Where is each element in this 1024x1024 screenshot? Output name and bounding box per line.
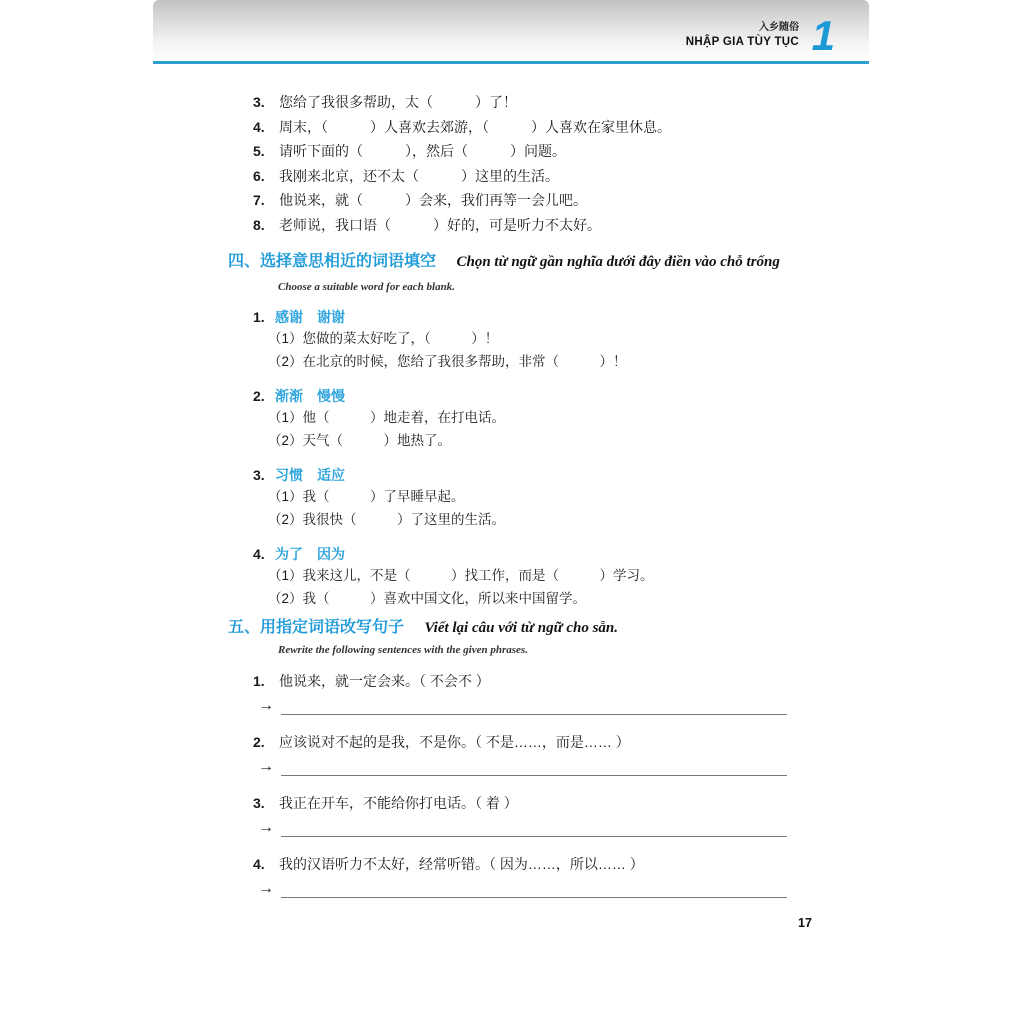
sub-sentence: （2）我（ ）喜欢中国文化，所以来中国留学。 [268, 587, 829, 610]
arrow-icon: → [258, 697, 274, 714]
item-text: 我刚来北京，还不太（ ）这里的生活。 [279, 164, 559, 189]
lesson-title-vietnamese: NHẬP GIA TÙY TỤC [686, 35, 799, 49]
rewrite-item: 1. 他说来，就一定会来。（ 不会不 ） → [253, 673, 829, 718]
arrow-icon: → [258, 758, 274, 775]
rewrite-item: 4. 我的汉语听力不太好，经常听错。（ 因为……，所以…… ） → [253, 856, 829, 901]
sub-sentence: （2）天气（ ）地热了。 [268, 429, 829, 452]
word-pair: 习惯 适应 [275, 465, 345, 485]
arrow-icon: → [258, 880, 274, 897]
list-item: 8. 老师说，我口语（ ）好的，可是听力不太好。 [253, 213, 829, 238]
list-item: 7. 他说来，就（ ）会来，我们再等一会儿吧。 [253, 188, 829, 213]
item-number: 4. [253, 544, 275, 564]
rewrite-item: 2. 应该说对不起的是我，不是你。（ 不是……，而是…… ） → [253, 734, 829, 779]
item-text: 请听下面的（ ），然后（ ）问题。 [279, 139, 566, 164]
word-pair-row: 2. 渐渐 慢慢 [253, 386, 829, 406]
word-choice-item: 3. 习惯 适应 （1）我（ ）了早睡早起。 （2）我很快（ ）了这里的生活。 [253, 465, 829, 531]
answer-row: → [258, 697, 829, 718]
list-item: 4. 周末，（ ）人喜欢去郊游，（ ）人喜欢在家里休息。 [253, 115, 829, 140]
item-text: 周末，（ ）人喜欢去郊游，（ ）人喜欢在家里休息。 [279, 115, 671, 140]
section4-title-vietnamese: Chọn từ ngữ gần nghĩa dưới đây điền vào … [456, 254, 779, 270]
list-item: 3. 您给了我很多帮助，太（ ）了！ [253, 90, 829, 115]
list-item: 5. 请听下面的（ ），然后（ ）问题。 [253, 139, 829, 164]
word-pair-row: 3. 习惯 适应 [253, 465, 829, 485]
answer-blank-line [281, 758, 787, 776]
sentence-row: 1. 他说来，就一定会来。（ 不会不 ） [253, 673, 829, 690]
sentence-row: 4. 我的汉语听力不太好，经常听错。（ 因为……，所以…… ） [253, 856, 829, 873]
answer-row: → [258, 758, 829, 779]
sub-sentence: （1）您做的菜太好吃了，（ ）！ [268, 327, 829, 350]
sub-sentence: （2）在北京的时候，您给了我很多帮助，非常（ ）！ [268, 350, 829, 373]
arrow-icon: → [258, 819, 274, 836]
sub-sentence: （1）他（ ）地走着，在打电话。 [268, 406, 829, 429]
answer-row: → [258, 819, 829, 840]
section4-heading: 四、选择意思相近的词语填空 Chọn từ ngữ gần nghĩa dưới… [228, 252, 829, 272]
rewrite-item: 3. 我正在开车，不能给你打电话。（ 着 ） → [253, 795, 829, 840]
section4-subtitle-english: Choose a suitable word for each blank. [278, 281, 829, 294]
answer-blank-line [281, 819, 787, 837]
lesson-title-chinese: 入乡随俗 [686, 22, 799, 35]
lesson-number: 1 [812, 12, 835, 60]
header-titles: 入乡随俗 NHẬP GIA TÙY TỤC [686, 22, 799, 49]
word-choice-item: 4. 为了 因为 （1）我来这儿，不是（ ）找工作，而是（ ）学习。 （2）我（… [253, 544, 829, 610]
item-number: 3. [253, 795, 279, 812]
item-text: 我的汉语听力不太好，经常听错。（ 因为……，所以…… ） [279, 856, 644, 873]
item-text: 他说来，就（ ）会来，我们再等一会儿吧。 [279, 188, 587, 213]
section4-items: 1. 感谢 谢谢 （1）您做的菜太好吃了，（ ）！ （2）在北京的时候，您给了我… [228, 307, 829, 610]
item-number: 2. [253, 386, 275, 406]
item-number: 7. [253, 188, 279, 213]
exercise3-fill-blank-list: 3. 您给了我很多帮助，太（ ）了！ 4. 周末，（ ）人喜欢去郊游，（ ）人喜… [253, 90, 829, 238]
item-number: 4. [253, 115, 279, 140]
sub-sentence: （1）我来这儿，不是（ ）找工作，而是（ ）学习。 [268, 564, 829, 587]
word-pair: 感谢 谢谢 [275, 307, 345, 327]
word-pair: 渐渐 慢慢 [275, 386, 345, 406]
item-number: 5. [253, 139, 279, 164]
item-text: 应该说对不起的是我，不是你。（ 不是……，而是…… ） [279, 734, 630, 751]
textbook-page: 入乡随俗 NHẬP GIA TÙY TỤC 1 3. 您给了我很多帮助，太（ ）… [153, 0, 869, 1024]
item-number: 3. [253, 465, 275, 485]
answer-blank-line [281, 697, 787, 715]
item-text: 老师说，我口语（ ）好的，可是听力不太好。 [279, 213, 601, 238]
item-text: 他说来，就一定会来。（ 不会不 ） [279, 673, 490, 690]
section5-title-chinese: 五、用指定词语改写句子 [228, 619, 404, 636]
page-header: 入乡随俗 NHẬP GIA TÙY TỤC 1 [153, 0, 869, 64]
list-item: 6. 我刚来北京，还不太（ ）这里的生活。 [253, 164, 829, 189]
page-number: 17 [798, 916, 812, 930]
item-number: 3. [253, 90, 279, 115]
word-pair: 为了 因为 [275, 544, 345, 564]
section5-items: 1. 他说来，就一定会来。（ 不会不 ） → 2. 应该说对不起的是我，不是你。… [228, 673, 829, 901]
sub-sentence: （2）我很快（ ）了这里的生活。 [268, 508, 829, 531]
word-pair-row: 4. 为了 因为 [253, 544, 829, 564]
section4-title-chinese: 四、选择意思相近的词语填空 [228, 253, 436, 270]
word-choice-item: 2. 渐渐 慢慢 （1）他（ ）地走着，在打电话。 （2）天气（ ）地热了。 [253, 386, 829, 452]
word-pair-row: 1. 感谢 谢谢 [253, 307, 829, 327]
answer-row: → [258, 880, 829, 901]
page-content: 3. 您给了我很多帮助，太（ ）了！ 4. 周末，（ ）人喜欢去郊游，（ ）人喜… [153, 64, 869, 901]
item-number: 1. [253, 307, 275, 327]
section5-subtitle-english: Rewrite the following sentences with the… [278, 644, 829, 657]
word-choice-item: 1. 感谢 谢谢 （1）您做的菜太好吃了，（ ）！ （2）在北京的时候，您给了我… [253, 307, 829, 373]
item-number: 8. [253, 213, 279, 238]
section5-heading: 五、用指定词语改写句子 Viết lại câu với từ ngữ cho … [228, 618, 829, 638]
sentence-row: 2. 应该说对不起的是我，不是你。（ 不是……，而是…… ） [253, 734, 829, 751]
item-number: 2. [253, 734, 279, 751]
answer-blank-line [281, 880, 787, 898]
item-number: 4. [253, 856, 279, 873]
section5-title-vietnamese: Viết lại câu với từ ngữ cho sẵn. [424, 620, 618, 636]
item-number: 1. [253, 673, 279, 690]
item-number: 6. [253, 164, 279, 189]
sentence-row: 3. 我正在开车，不能给你打电话。（ 着 ） [253, 795, 829, 812]
sub-sentence: （1）我（ ）了早睡早起。 [268, 485, 829, 508]
item-text: 您给了我很多帮助，太（ ）了！ [279, 90, 517, 115]
item-text: 我正在开车，不能给你打电话。（ 着 ） [279, 795, 518, 812]
